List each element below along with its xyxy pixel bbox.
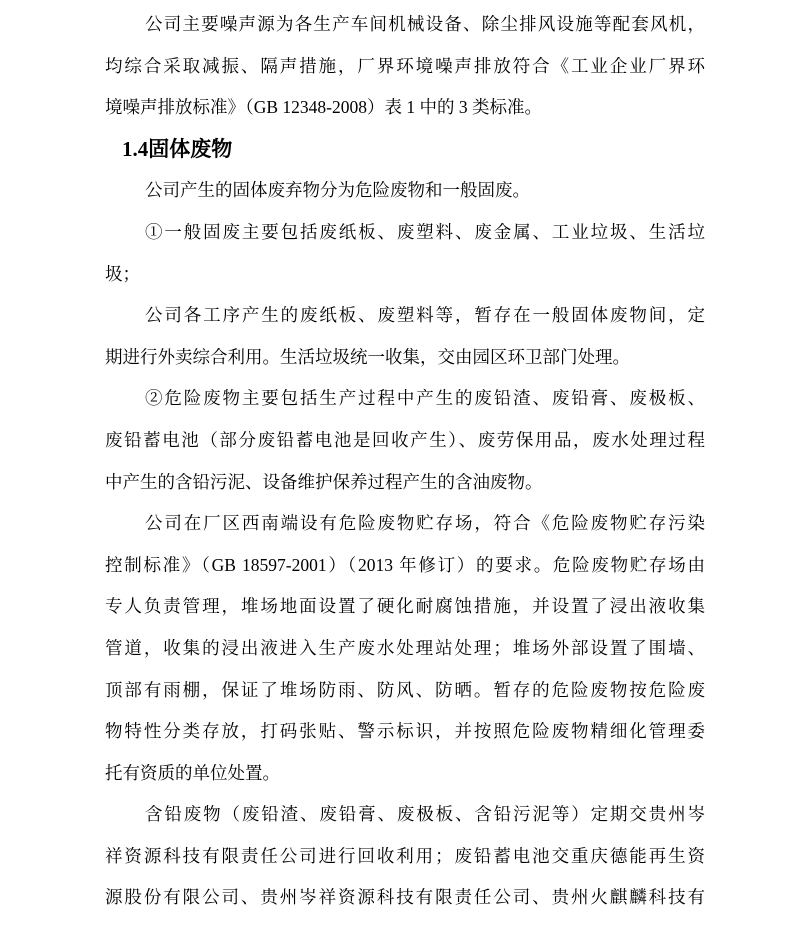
noise-control-paragraph-line-1: 公司主要噪声源为各生产车间机械设备、除尘排风设施等配套风机， [105,4,705,46]
hazardous-waste-storage-paragraph-line-3: 专人负责管理，堆场地面设置了硬化耐腐蚀措施，并设置了浸出液收集 [105,586,705,628]
solid-waste-intro-paragraph-line-1: 公司产生的固体废弃物分为危险废物和一般固废。 [105,170,705,212]
document-page: 公司主要噪声源为各生产车间机械设备、除尘排风设施等配套风机，均综合采取减振、隔声… [0,0,786,929]
general-solid-waste-paragraph: ①一般固废主要包括废纸板、废塑料、废金属、工业垃圾、生活垃圾； [105,212,705,295]
general-solid-waste-paragraph-line-2: 圾； [105,254,705,296]
hazardous-waste-storage-paragraph-line-5: 顶部有雨棚，保证了堆场防雨、防风、防晒。暂存的危险废物按危险废 [105,670,705,712]
lead-waste-disposal-paragraph-line-3: 源股份有限公司、贵州岑祥资源科技有限责任公司、贵州火麒麟科技有 [105,877,705,919]
noise-control-paragraph-line-3: 境噪声排放标准》（GB 12348-2008）表 1 中的 3 类标准。 [105,87,705,129]
general-waste-handling-paragraph-line-2: 期进行外卖综合利用。生活垃圾统一收集，交由园区环卫部门处理。 [105,337,705,379]
hazardous-waste-storage-paragraph-line-7: 托有资质的单位处置。 [105,753,705,795]
hazardous-waste-storage-paragraph: 公司在厂区西南端设有危险废物贮存场，符合《危险废物贮存污染控制标准》（GB 18… [105,503,705,794]
document-content: 公司主要噪声源为各生产车间机械设备、除尘排风设施等配套风机，均综合采取减振、隔声… [105,4,705,919]
hazardous-waste-types-paragraph: ②危险废物主要包括生产过程中产生的废铅渣、废铅膏、废极板、废铅蓄电池（部分废铅蓄… [105,378,705,503]
lead-waste-disposal-paragraph: 含铅废物（废铅渣、废铅膏、废极板、含铅污泥等）定期交贵州岑祥资源科技有限责任公司… [105,794,705,919]
solid-waste-intro-paragraph: 公司产生的固体废弃物分为危险废物和一般固废。 [105,170,705,212]
hazardous-waste-storage-paragraph-line-2: 控制标准》（GB 18597-2001）（2013 年修订）的要求。危险废物贮存… [105,545,705,587]
hazardous-waste-types-paragraph-line-3: 中产生的含铅污泥、设备维护保养过程产生的含油废物。 [105,462,705,504]
hazardous-waste-storage-paragraph-line-6: 物特性分类存放，打码张贴、警示标识，并按照危险废物精细化管理委 [105,711,705,753]
hazardous-waste-types-paragraph-line-1: ②危险废物主要包括生产过程中产生的废铅渣、废铅膏、废极板、 [105,378,705,420]
hazardous-waste-storage-paragraph-line-1: 公司在厂区西南端设有危险废物贮存场，符合《危险废物贮存污染 [105,503,705,545]
general-solid-waste-paragraph-line-1: ①一般固废主要包括废纸板、废塑料、废金属、工业垃圾、生活垃 [105,212,705,254]
lead-waste-disposal-paragraph-line-1: 含铅废物（废铅渣、废铅膏、废极板、含铅污泥等）定期交贵州岑 [105,794,705,836]
noise-control-paragraph-line-2: 均综合采取减振、隔声措施，厂界环境噪声排放符合《工业企业厂界环 [105,46,705,88]
lead-waste-disposal-paragraph-line-2: 祥资源科技有限责任公司进行回收利用；废铅蓄电池交重庆德能再生资 [105,836,705,878]
general-waste-handling-paragraph-line-1: 公司各工序产生的废纸板、废塑料等，暂存在一般固体废物间，定 [105,295,705,337]
section-heading-solid-waste: 1.4固体废物 [105,129,705,171]
hazardous-waste-storage-paragraph-line-4: 管道，收集的浸出液进入生产废水处理站处理；堆场外部设置了围墙、 [105,628,705,670]
hazardous-waste-types-paragraph-line-2: 废铅蓄电池（部分废铅蓄电池是回收产生）、废劳保用品，废水处理过程 [105,420,705,462]
noise-control-paragraph: 公司主要噪声源为各生产车间机械设备、除尘排风设施等配套风机，均综合采取减振、隔声… [105,4,705,129]
general-waste-handling-paragraph: 公司各工序产生的废纸板、废塑料等，暂存在一般固体废物间，定期进行外卖综合利用。生… [105,295,705,378]
